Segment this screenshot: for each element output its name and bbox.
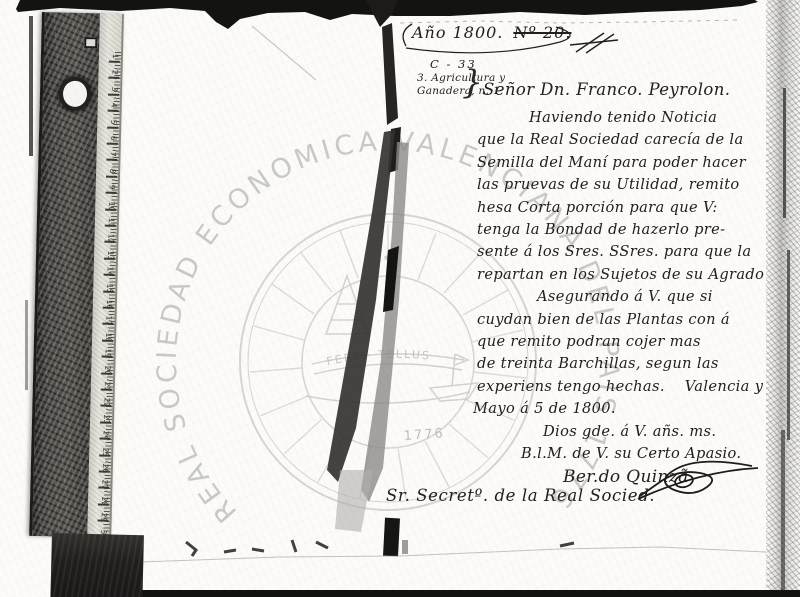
header-paren-flourish [403,24,412,46]
edge-streak [781,430,785,590]
ruler-number: 8 [95,168,117,184]
letter-line: B.l.M. de V. su Certo Apasio. [521,443,777,465]
year-label: Año 1800. [412,23,503,42]
ruler-number: 10 [94,201,116,217]
ruler-number: 21 [90,381,112,397]
ruler-number: 6 [96,135,118,151]
ruler-cm-marks: 1234567891011121314151617181920212223242… [100,13,122,14]
letter-line: tenga la Bondad de hazerlo pre- [477,219,777,241]
edge-streak [29,16,33,156]
archive-year-header: Año 1800.Nº 20. [412,23,571,42]
ruler-number: 2 [97,70,119,86]
letter-line: repartan en los Sujetos de su Agrado [477,264,777,286]
ruler-number: 19 [90,348,112,364]
letter-salutation: Señor Dn. Franco. Peyrolon. [483,80,730,99]
letter-line: Ber.do Quinzã [563,466,777,488]
ruler-number: 14 [92,267,114,283]
letter-line: que la Real Sociedad carecía de la [477,129,777,151]
edge-streak [783,88,786,218]
letter-line: Mayo á 5 de 1800. [473,398,777,420]
ruler-number: 27 [87,480,109,496]
letter-line: Haviendo tenido Noticia [529,107,777,129]
letter-line: Semilla del Maní para poder hacer [477,152,777,174]
ruler-number: 5 [96,119,118,135]
ruler-number: 9 [94,185,116,201]
letter-addressee-footer: Sr. Secretº. de la Real Socied. [386,486,655,505]
letter-line: de treinta Barchillas, segun las [477,353,777,375]
ruler-number: 13 [93,250,115,266]
ruler-number: 25 [88,447,110,463]
ruler-number: 11 [94,217,116,233]
letter-line: las pruevas de su Utilidad, remito [477,174,777,196]
letter-line: sente á los Sres. SSres. para que la [477,241,777,263]
paraph-mark-icon [570,33,618,53]
letter-line: experiens tengo hechas. Valencia y [477,376,777,398]
edge-streak [25,300,28,390]
ruler-rivet [84,37,97,48]
ruler-number: 16 [92,299,114,315]
ruler-number: 26 [88,463,110,479]
edge-streak [787,250,790,440]
ruler-number: 29 [86,512,108,528]
letter-line: Dios gde. á V. añs. ms. [543,421,777,443]
ruler-number: 23 [89,414,111,430]
ruler-number: 18 [91,332,113,348]
ruler-end-shadow [50,533,144,597]
ruler-number: 1 [98,53,120,69]
bottom-edge-shadow [92,590,800,597]
ruler-number: 3 [97,86,119,102]
ruler-number: 15 [92,283,114,299]
ruler-hanging-hole [59,76,92,111]
letter-line: hesa Corta porción para que V: [477,197,777,219]
classification-brace: } [462,62,483,101]
ruler-number: 4 [96,103,118,119]
document-number: Nº 20. [513,23,571,42]
ruler-number: 20 [90,365,112,381]
scanned-manuscript-page: FERT · TELLUS 1776 ✶ REAL SOCIEDAD ECONO… [0,0,800,597]
letter-body: Haviendo tenido Noticiaque la Real Socie… [477,107,777,488]
measuring-ruler: 1234567891011121314151617181920212223242… [29,12,124,538]
ruler-number: 28 [87,496,109,512]
letter-line: Asegurando á V. que si [537,286,777,308]
letter-line: que remito podran cojer mas [477,331,777,353]
ruler-number: 7 [95,152,117,168]
letter-line: cuydan bien de las Plantas con á [477,309,777,331]
ruler-number: 17 [91,316,113,332]
ruler-number: 22 [89,398,111,414]
ruler-number: 24 [88,430,110,446]
ruler-number: 12 [93,234,115,250]
